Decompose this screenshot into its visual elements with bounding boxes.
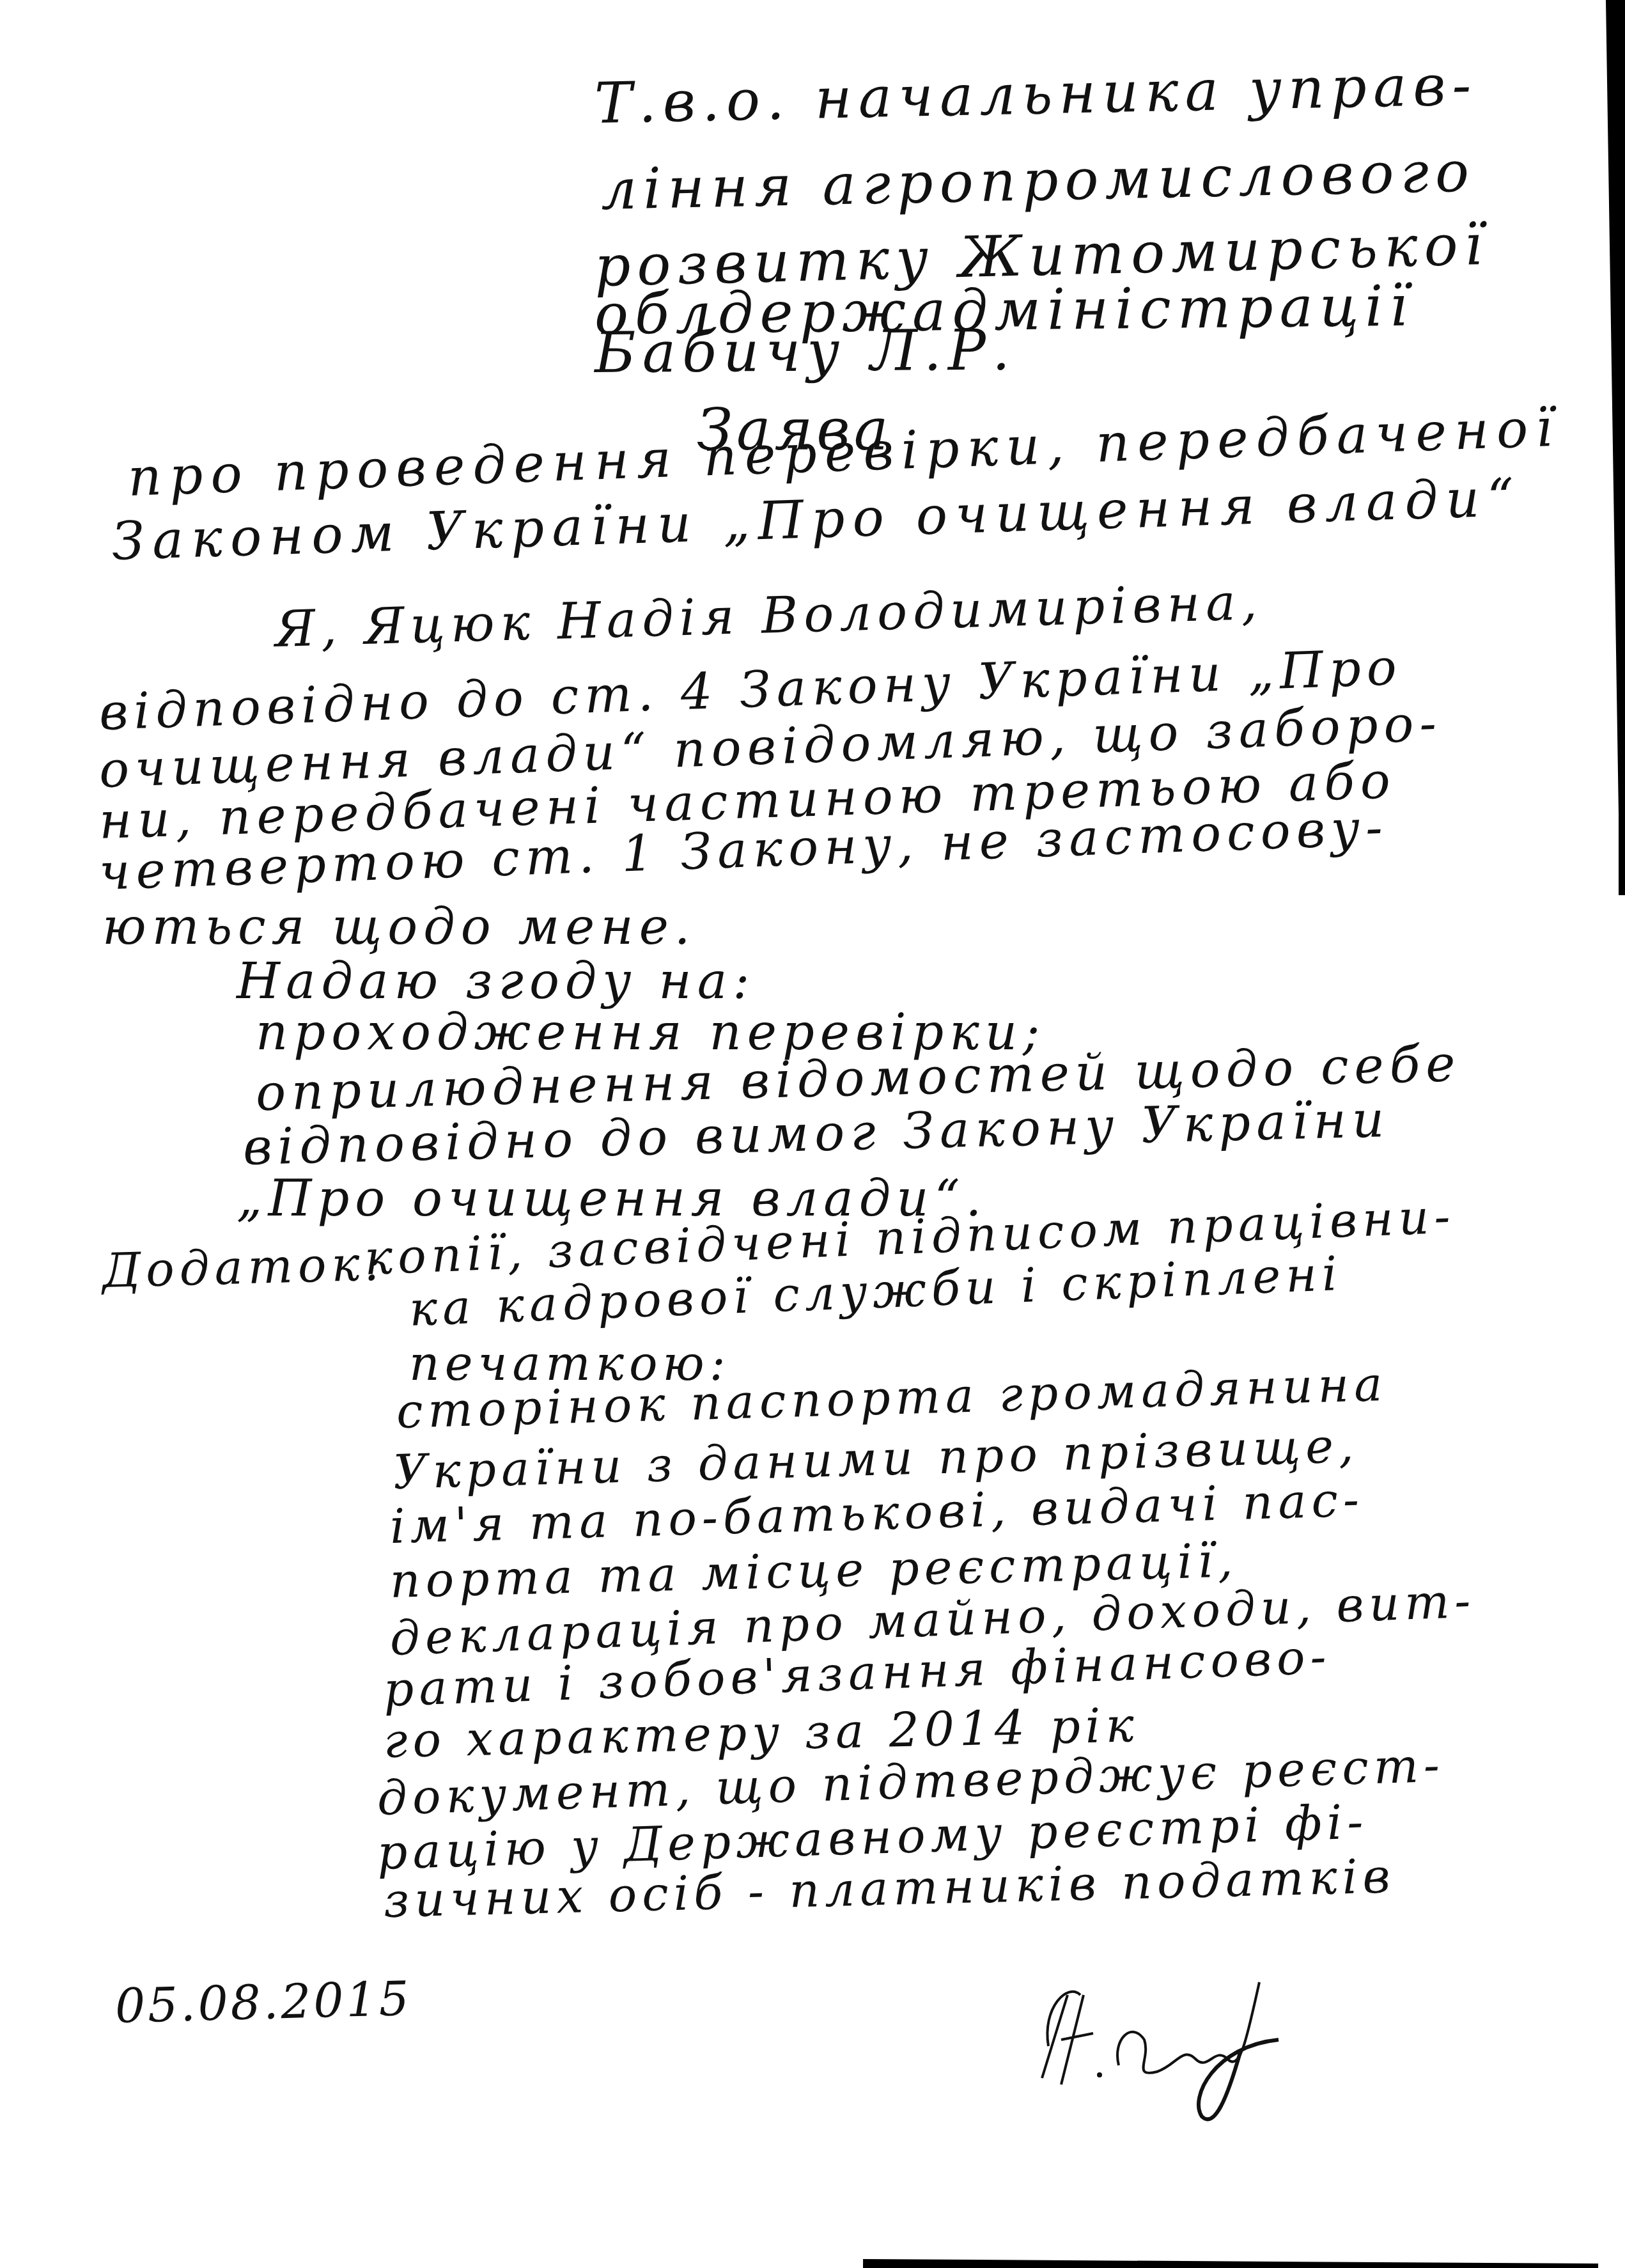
scan-edge-artifact-right-fill xyxy=(1619,0,1625,895)
addressee-line: Бабичу Л.Р. xyxy=(595,317,1017,386)
scan-edge-artifact-right xyxy=(1606,0,1620,895)
date: 05.08.2015 xyxy=(114,1971,412,2034)
addressee-line: Т.в.о. начальника управ- xyxy=(594,52,1478,136)
addressee-line: ління агропромислового xyxy=(600,138,1476,223)
body-line: Я, Яцюк Надія Володимирівна, xyxy=(274,574,1264,659)
attachments-label: Додаток: xyxy=(102,1236,387,1299)
body-line: ються щодо мене. xyxy=(102,898,696,956)
consent-heading: Надаю згоду на: xyxy=(237,953,755,1010)
scanned-page: Т.в.о. начальника управ- ління агропроми… xyxy=(0,0,1625,2268)
signature xyxy=(1023,1969,1419,2136)
scan-edge-artifact-bottom xyxy=(863,2259,1598,2268)
